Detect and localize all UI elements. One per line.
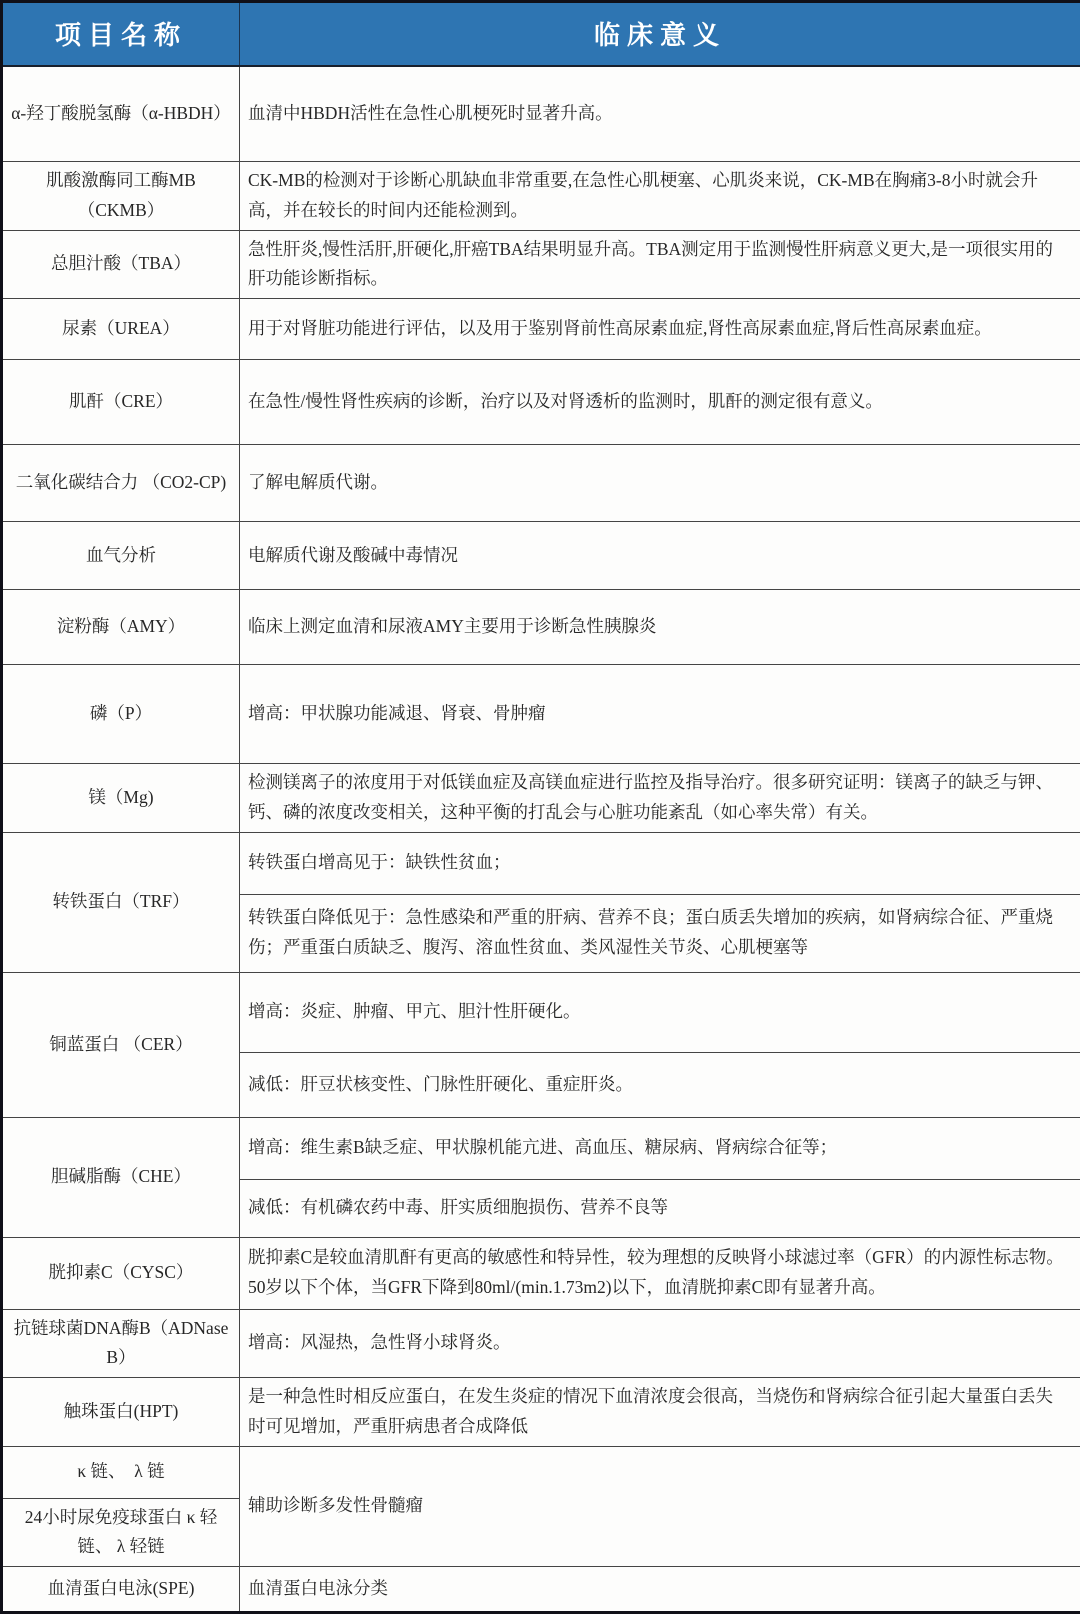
project-name-cell: 铜蓝蛋白 （CER） xyxy=(2,972,240,1117)
table-row: 尿素（UREA） 用于对肾脏功能进行评估，以及用于鉴别肾前性高尿素血症,肾性高尿… xyxy=(2,299,1080,360)
table-row: 抗链球菌DNA酶B（ADNase B） 增高：风湿热，急性肾小球肾炎。 xyxy=(2,1309,1080,1378)
clinical-meaning-cell: 减低：肝豆状核变性、门脉性肝硬化、重症肝炎。 xyxy=(240,1052,1080,1117)
clinical-meaning-cell: 是一种急性时相反应蛋白，在发生炎症的情况下血清浓度会很高，当烧伤和肾病综合征引起… xyxy=(240,1378,1080,1447)
project-name-cell: α-羟丁酸脱氢酶（α-HBDH） xyxy=(2,66,240,162)
header-project-name: 项目名称 xyxy=(2,2,240,66)
clinical-meaning-cell: 转铁蛋白增高见于：缺铁性贫血； xyxy=(240,832,1080,894)
clinical-meaning-cell: 电解质代谢及酸碱中毒情况 xyxy=(240,522,1080,590)
table-row: 二氧化碳结合力 （CO2-CP) 了解电解质代谢。 xyxy=(2,445,1080,522)
project-name-cell: 24小时尿免疫球蛋白 κ 轻链、 λ 轻链 xyxy=(2,1498,240,1567)
project-name-cell: 尿素（UREA） xyxy=(2,299,240,360)
project-name-cell: 触珠蛋白(HPT) xyxy=(2,1378,240,1447)
table-row: α-羟丁酸脱氢酶（α-HBDH） 血清中HBDH活性在急性心肌梗死时显著升高。 xyxy=(2,66,1080,162)
table-row: 镁（Mg) 检测镁离子的浓度用于对低镁血症及高镁血症进行监控及指导治疗。很多研究… xyxy=(2,764,1080,833)
table-row: 胆碱脂酶（CHE） 增高：维生素B缺乏症、甲状腺机能亢进、高血压、糖尿病、肾病综… xyxy=(2,1117,1080,1179)
project-name-cell: 转铁蛋白（TRF） xyxy=(2,832,240,972)
table-row: 铜蓝蛋白 （CER） 增高：炎症、肿瘤、甲亢、胆汁性肝硬化。 xyxy=(2,972,1080,1052)
project-name-cell: 肌酐（CRE） xyxy=(2,360,240,445)
clinical-meaning-cell: 用于对肾脏功能进行评估，以及用于鉴别肾前性高尿素血症,肾性高尿素血症,肾后性高尿… xyxy=(240,299,1080,360)
table-row: 血清蛋白电泳(SPE) 血清蛋白电泳分类 xyxy=(2,1567,1080,1613)
table-row: 血气分析 电解质代谢及酸碱中毒情况 xyxy=(2,522,1080,590)
clinical-meaning-cell: 转铁蛋白降低见于：急性感染和严重的肝病、营养不良；蛋白质丢失增加的疾病，如肾病综… xyxy=(240,894,1080,972)
clinical-meaning-cell: 了解电解质代谢。 xyxy=(240,445,1080,522)
project-name-cell: 血气分析 xyxy=(2,522,240,590)
project-name-cell: 肌酸激酶同工酶MB（CKMB） xyxy=(2,162,240,231)
clinical-meaning-cell: 减低：有机磷农药中毒、肝实质细胞损伤、营养不良等 xyxy=(240,1179,1080,1237)
clinical-meaning-cell: 血清蛋白电泳分类 xyxy=(240,1567,1080,1613)
lab-tests-table: 项目名称 临床意义 α-羟丁酸脱氢酶（α-HBDH） 血清中HBDH活性在急性心… xyxy=(0,0,1080,1614)
clinical-meaning-cell: 急性肝炎,慢性活肝,肝硬化,肝癌TBA结果明显升高。TBA测定用于监测慢性肝病意… xyxy=(240,230,1080,299)
project-name-cell: 血清蛋白电泳(SPE) xyxy=(2,1567,240,1613)
clinical-meaning-cell: 临床上测定血清和尿液AMY主要用于诊断急性胰腺炎 xyxy=(240,590,1080,665)
project-name-cell: 二氧化碳结合力 （CO2-CP) xyxy=(2,445,240,522)
clinical-meaning-cell: CK-MB的检测对于诊断心肌缺血非常重要,在急性心肌梗塞、心肌炎来说，CK-MB… xyxy=(240,162,1080,231)
clinical-meaning-cell: 检测镁离子的浓度用于对低镁血症及高镁血症进行监控及指导治疗。很多研究证明：镁离子… xyxy=(240,764,1080,833)
project-name-cell: 镁（Mg) xyxy=(2,764,240,833)
clinical-meaning-cell: 辅助诊断多发性骨髓瘤 xyxy=(240,1446,1080,1567)
table-row: 转铁蛋白（TRF） 转铁蛋白增高见于：缺铁性贫血； xyxy=(2,832,1080,894)
project-name-cell: 淀粉酶（AMY） xyxy=(2,590,240,665)
table-row: 总胆汁酸（TBA） 急性肝炎,慢性活肝,肝硬化,肝癌TBA结果明显升高。TBA测… xyxy=(2,230,1080,299)
header-clinical-significance: 临床意义 xyxy=(240,2,1080,66)
project-name-cell: κ 链、 λ 链 xyxy=(2,1446,240,1498)
table-row: 淀粉酶（AMY） 临床上测定血清和尿液AMY主要用于诊断急性胰腺炎 xyxy=(2,590,1080,665)
table-row: 肌酸激酶同工酶MB（CKMB） CK-MB的检测对于诊断心肌缺血非常重要,在急性… xyxy=(2,162,1080,231)
table-row: 胱抑素C（CYSC） 胱抑素C是较血清肌酐有更高的敏感性和特异性，较为理想的反映… xyxy=(2,1237,1080,1309)
clinical-meaning-cell: 增高：甲状腺功能减退、肾衰、骨肿瘤 xyxy=(240,665,1080,764)
clinical-meaning-cell: 胱抑素C是较血清肌酐有更高的敏感性和特异性，较为理想的反映肾小球滤过率（GFR）… xyxy=(240,1237,1080,1309)
table-row: 触珠蛋白(HPT) 是一种急性时相反应蛋白，在发生炎症的情况下血清浓度会很高，当… xyxy=(2,1378,1080,1447)
clinical-meaning-cell: 血清中HBDH活性在急性心肌梗死时显著升高。 xyxy=(240,66,1080,162)
table-row: 肌酐（CRE） 在急性/慢性肾性疾病的诊断，治疗以及对肾透析的监测时，肌酐的测定… xyxy=(2,360,1080,445)
table-row: 磷（P） 增高：甲状腺功能减退、肾衰、骨肿瘤 xyxy=(2,665,1080,764)
project-name-cell: 总胆汁酸（TBA） xyxy=(2,230,240,299)
project-name-cell: 胆碱脂酶（CHE） xyxy=(2,1117,240,1237)
clinical-meaning-cell: 增高：风湿热，急性肾小球肾炎。 xyxy=(240,1309,1080,1378)
project-name-cell: 胱抑素C（CYSC） xyxy=(2,1237,240,1309)
project-name-cell: 抗链球菌DNA酶B（ADNase B） xyxy=(2,1309,240,1378)
clinical-meaning-cell: 在急性/慢性肾性疾病的诊断，治疗以及对肾透析的监测时，肌酐的测定很有意义。 xyxy=(240,360,1080,445)
header-row: 项目名称 临床意义 xyxy=(2,2,1080,66)
clinical-meaning-cell: 增高：维生素B缺乏症、甲状腺机能亢进、高血压、糖尿病、肾病综合征等； xyxy=(240,1117,1080,1179)
project-name-cell: 磷（P） xyxy=(2,665,240,764)
table-row: κ 链、 λ 链 辅助诊断多发性骨髓瘤 xyxy=(2,1446,1080,1498)
clinical-meaning-cell: 增高：炎症、肿瘤、甲亢、胆汁性肝硬化。 xyxy=(240,972,1080,1052)
